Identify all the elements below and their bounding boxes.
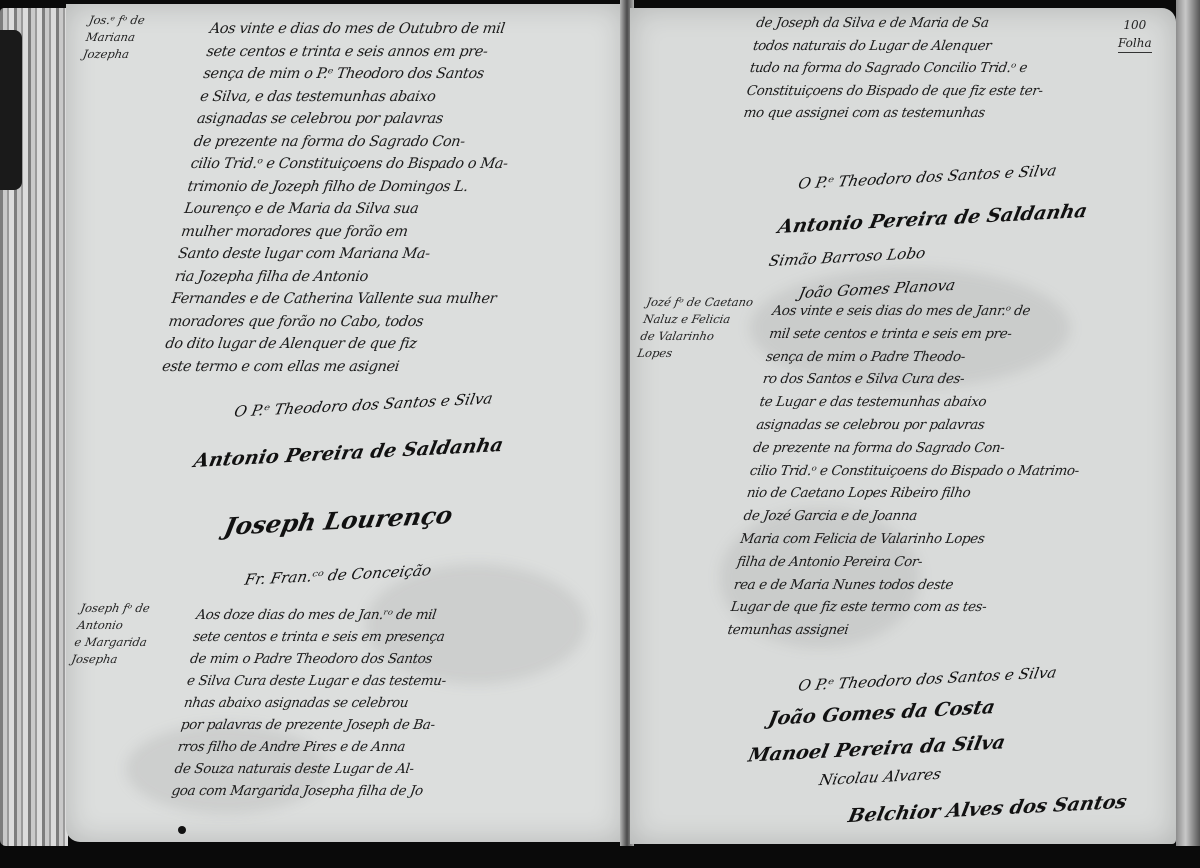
margin-note-entry-2: Joseph fᵒ de Antonio e Margarida Josepha: [70, 600, 192, 668]
right-page: de Joseph da Silva e de Maria de Sa todo…: [630, 8, 1176, 844]
entry-3-text: Aos vinte e seis dias do mes de Janr.ᵒ d…: [726, 300, 1154, 642]
signature-priest: O P.ᵉ Theodoro dos Santos e Silva: [233, 389, 495, 420]
background-bottom: [0, 846, 1200, 868]
folio-marker: 100 Folha: [1118, 16, 1152, 53]
entry-continued-text: de Joseph da Silva e de Maria de Sa todo…: [742, 12, 1138, 125]
margin-note-entry-1: Jos.ᵉ fᵒ de Mariana Jozepha: [82, 12, 186, 63]
entry-1-text: Aos vinte e dias do mes de Outubro de mi…: [161, 18, 632, 378]
left-page: Jos.ᵉ fᵒ de Mariana Jozepha Aos vinte e …: [66, 4, 624, 842]
signature-witness-2: Manoel Pereira da Silva: [746, 731, 1007, 766]
signature-witness-2: Joseph Lourenço: [222, 500, 455, 541]
signature-witness-4: Belchior Alves dos Santos: [846, 791, 1128, 827]
ink-blot: [178, 826, 186, 834]
signature-priest: O P.ᵉ Theodoro dos Santos e Silva: [797, 161, 1059, 192]
folio-label: Folha: [1118, 34, 1152, 53]
signature-witness-1: Antonio Pereira de Saldanha: [192, 434, 505, 472]
signature-witness-3: Nicolau Alvares: [818, 765, 943, 789]
spine-shadow: [0, 30, 22, 190]
open-manuscript-book: Jos.ᵉ fᵒ de Mariana Jozepha Aos vinte e …: [0, 0, 1200, 868]
right-page-edge: [1176, 0, 1200, 850]
margin-note-entry-3: Jozé fᵒ de Caetano Naluz e Felicia de Va…: [636, 294, 758, 362]
signature-priest: O P.ᵉ Theodoro dos Santos e Silva: [797, 663, 1059, 694]
signature-witness-1: Antonio Pereira de Saldanha: [776, 200, 1089, 238]
signature-witness-2: Simão Barroso Lobo: [767, 244, 927, 270]
entry-2-text: Aos doze dias do mes de Jan.ʳᵒ de mil se…: [170, 604, 618, 802]
signature-witness-1: João Gomes da Costa: [767, 696, 997, 730]
folio-number: 100: [1118, 16, 1152, 34]
